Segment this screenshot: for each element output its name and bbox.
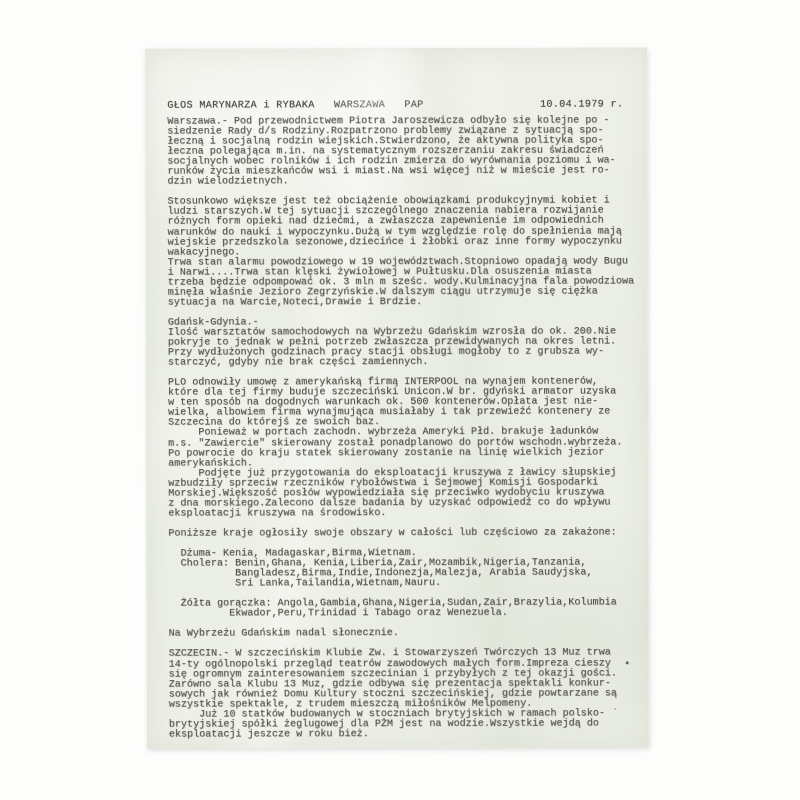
document-date: 10.04.1979 r. xyxy=(540,99,623,110)
text-line: eksploatacji jeszcze w roku bież. xyxy=(169,729,645,740)
document-header: GŁOS MARYNARZA i RYBAKA WARSZAWA PAP 10.… xyxy=(167,99,623,111)
scan-background: GŁOS MARYNARZA i RYBAKA WARSZAWA PAP 10.… xyxy=(0,0,800,800)
document-page: GŁOS MARYNARZA i RYBAKA WARSZAWA PAP 10.… xyxy=(145,47,649,748)
document-title: GŁOS MARYNARZA i RYBAKA WARSZAWA PAP xyxy=(167,100,423,112)
text-line: Poniższe kraje ogłosiły swoje obszary w … xyxy=(168,528,644,539)
document-body: Warszawa.- Pod przewodnictwem Piotra Jar… xyxy=(167,116,645,740)
